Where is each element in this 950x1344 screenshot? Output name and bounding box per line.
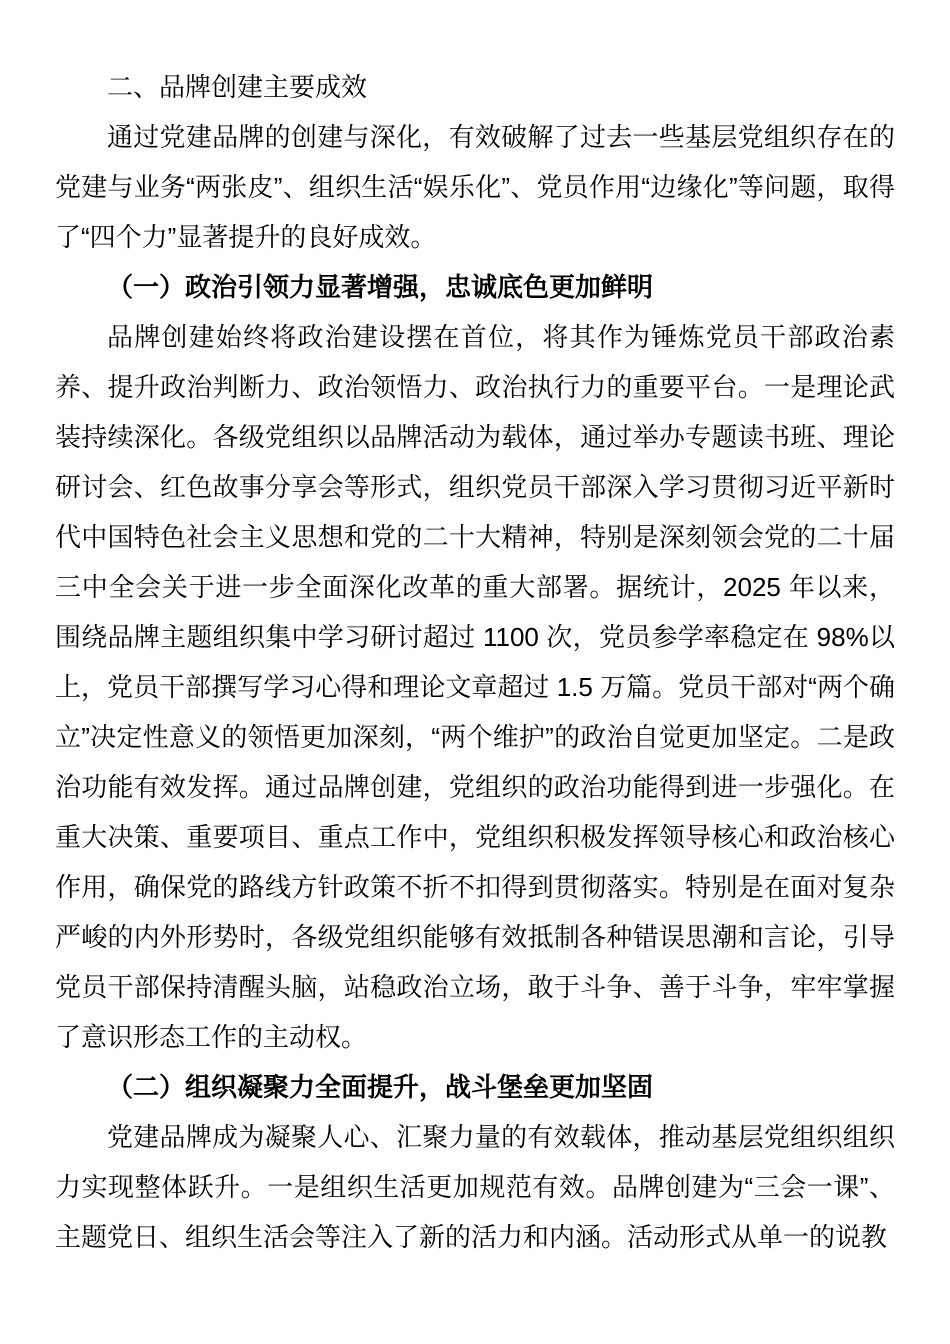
subsection-heading-political-leadership: （一）政治引领力显著增强，忠诚底色更加鲜明 bbox=[55, 262, 895, 312]
paragraph-political-leadership: 品牌创建始终将政治建设摆在首位，将其作为锤炼党员干部政治素养、提升政治判断力、政… bbox=[55, 312, 895, 1062]
subsection-heading-organizational-cohesion: （二）组织凝聚力全面提升，战斗堡垒更加坚固 bbox=[55, 1062, 895, 1112]
paragraph-overview: 通过党建品牌的创建与深化，有效破解了过去一些基层党组织存在的党建与业务“两张皮”… bbox=[55, 112, 895, 262]
paragraph-organizational-cohesion: 党建品牌成为凝聚人心、汇聚力量的有效载体，推动基层党组织组织力实现整体跃升。一是… bbox=[55, 1112, 895, 1262]
document-page: 二、品牌创建主要成效 通过党建品牌的创建与深化，有效破解了过去一些基层党组织存在… bbox=[0, 0, 950, 1344]
section-heading-brand-creation-achievements: 二、品牌创建主要成效 bbox=[55, 62, 895, 112]
